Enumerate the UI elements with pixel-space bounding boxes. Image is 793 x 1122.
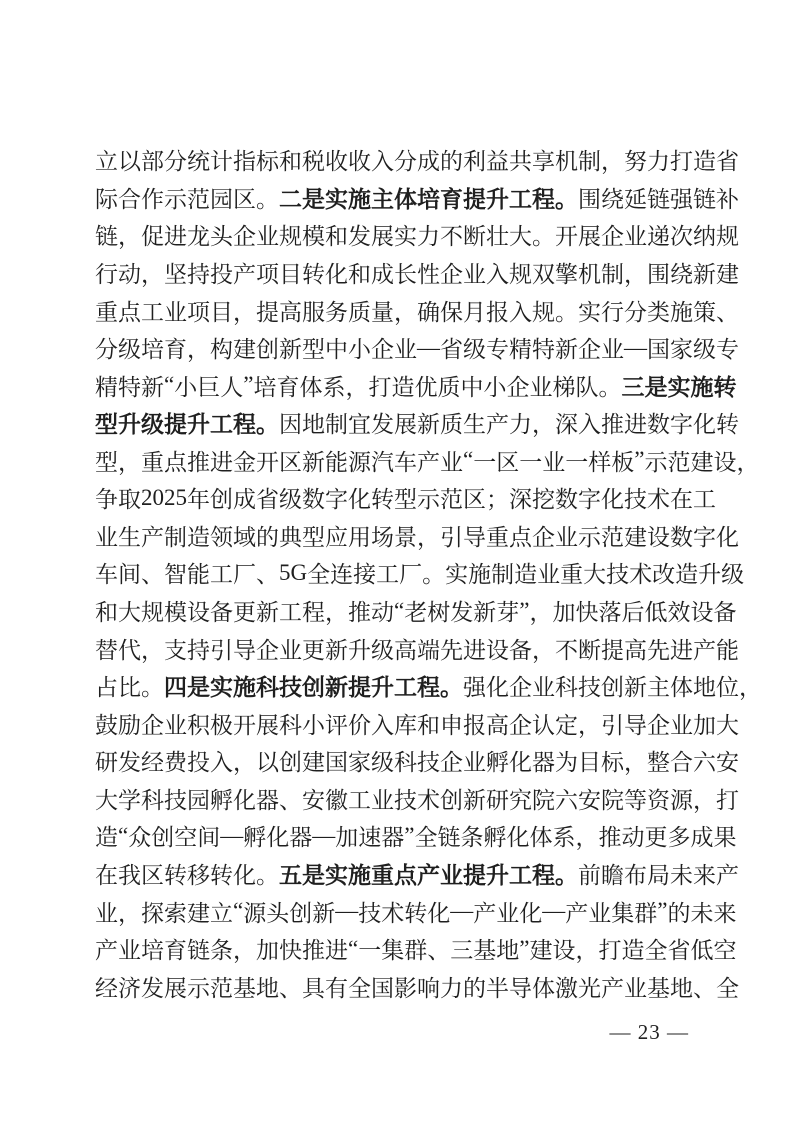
paragraph: 立以部分统计指标和税收收入分成的利益共享机制，努力打造省际合作示范园区。二是实施… xyxy=(95,141,711,1005)
text-line: 占比。四是实施科技创新提升工程。强化企业科技创新主体地位， xyxy=(95,667,711,705)
text-line: 精特新“小巨人”培育体系，打造优质中小企业梯队。三是实施转 xyxy=(95,366,711,404)
text-line: 业生产制造领域的典型应用场景，引导重点企业示范建设数字化 xyxy=(95,517,711,555)
text-line: 际合作示范园区。二是实施主体培育提升工程。围绕延链强链补 xyxy=(95,179,711,217)
text-line: 产业培育链条，加快推进“一集群、三基地”建设，打造全省低空 xyxy=(95,930,711,968)
document-page: 立以部分统计指标和税收收入分成的利益共享机制，努力打造省际合作示范园区。二是实施… xyxy=(0,0,793,1122)
text-line: 在我区转移转化。五是实施重点产业提升工程。前瞻布局未来产 xyxy=(95,855,711,893)
page-number: — 23 — xyxy=(610,1020,690,1045)
text-line: 行动，坚持投产项目转化和成长性企业入规双擎机制，围绕新建 xyxy=(95,254,711,292)
text-line: 和大规模设备更新工程，推动“老树发新芽”，加快落后低效设备 xyxy=(95,592,711,630)
text-line: 重点工业项目，提高服务质量，确保月报入规。实行分类施策、 xyxy=(95,291,711,329)
text-line: 分级培育，构建创新型中小企业—省级专精特新企业—国家级专 xyxy=(95,329,711,367)
text-line: 型，重点推进金开区新能源汽车产业“一区一业一样板”示范建设， xyxy=(95,442,711,480)
text-line: 研发经费投入，以创建国家级科技企业孵化器为目标，整合六安 xyxy=(95,742,711,780)
text-line: 业，探索建立“源头创新—技术转化—产业化—产业集群”的未来 xyxy=(95,892,711,930)
text-line: 链，促进龙头企业规模和发展实力不断壮大。开展企业递次纳规 xyxy=(95,216,711,254)
text-line: 鼓励企业积极开展科小评价入库和申报高企认定，引导企业加大 xyxy=(95,704,711,742)
text-line: 型升级提升工程。因地制宜发展新质生产力，深入推进数字化转 xyxy=(95,404,711,442)
text-line: 车间、智能工厂、5G全连接工厂。实施制造业重大技术改造升级 xyxy=(95,554,711,592)
text-line: 造“众创空间—孵化器—加速器”全链条孵化体系，推动更多成果 xyxy=(95,817,711,855)
text-line: 替代，支持引导企业更新升级高端先进设备，不断提高先进产能 xyxy=(95,629,711,667)
text-line: 立以部分统计指标和税收收入分成的利益共享机制，努力打造省 xyxy=(95,141,711,179)
text-line: 大学科技园孵化器、安徽工业技术创新研究院六安院等资源，打 xyxy=(95,780,711,818)
text-line: 争取2025年创成省级数字化转型示范区；深挖数字化技术在工 xyxy=(95,479,711,517)
text-line: 经济发展示范基地、具有全国影响力的半导体激光产业基地、全 xyxy=(95,967,711,1005)
